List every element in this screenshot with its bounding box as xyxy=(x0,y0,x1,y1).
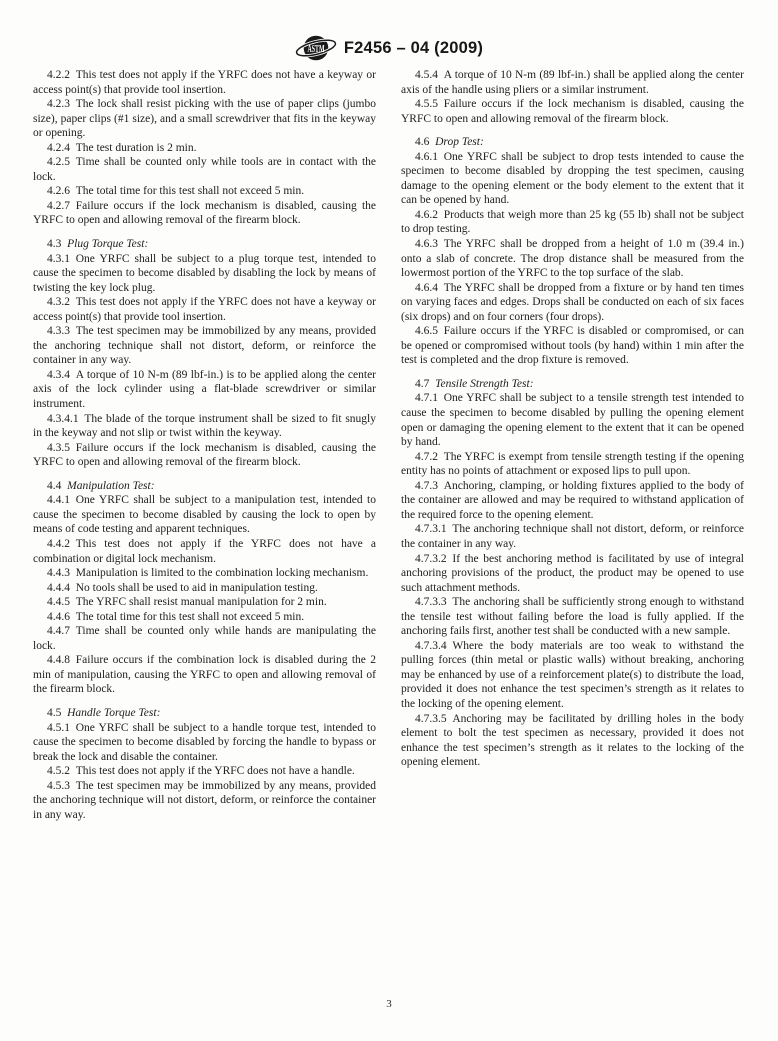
paragraph-text: The total time for this test shall not e… xyxy=(76,611,304,623)
paragraph-text: Time shall be counted only while tools a… xyxy=(33,156,376,183)
paragraph-text: Where the body materials are too weak to… xyxy=(401,640,744,710)
paragraph-text: The test specimen may be immobilized by … xyxy=(33,780,376,821)
section-number: 4.6.2 xyxy=(415,209,438,221)
paragraph-text: The YRFC shall be dropped from a height … xyxy=(401,238,744,279)
document-page: ASTM F2456 – 04 (2009) 4.2.2 This test d… xyxy=(0,0,778,1041)
paragraph: 4.4.7 Time shall be counted only while h… xyxy=(33,624,376,653)
paragraph: 4.3.3 The test specimen may be immobiliz… xyxy=(33,324,376,368)
column-left: 4.2.2 This test does not apply if the YR… xyxy=(33,68,376,822)
paragraph-text: No tools shall be used to aid in manipul… xyxy=(76,582,318,594)
paragraph: 4.2.2 This test does not apply if the YR… xyxy=(33,68,376,97)
paragraph: 4.7.3.5 Anchoring may be facilitated by … xyxy=(401,712,744,770)
section-number: 4.5.5 xyxy=(415,98,438,110)
section-number: 4.4.7 xyxy=(47,625,70,637)
paragraph: 4.4.4 No tools shall be used to aid in m… xyxy=(33,581,376,596)
paragraph-text: Failure occurs if the lock mechanism is … xyxy=(33,200,376,227)
paragraph-text: Anchoring may be facilitated by drilling… xyxy=(401,713,744,769)
paragraph-text: The lock shall resist picking with the u… xyxy=(33,98,376,139)
section-number: 4.3.4 xyxy=(47,369,70,381)
section-number: 4.6 xyxy=(415,136,429,148)
astm-logo-text: ASTM xyxy=(307,44,324,55)
paragraph-text: If the best anchoring method is facilita… xyxy=(401,553,744,594)
section-number: 4.2.2 xyxy=(47,69,70,81)
section-number: 4.3 xyxy=(47,238,61,250)
section-heading: 4.4 Manipulation Test: xyxy=(33,479,376,494)
paragraph-text: One YRFC shall be subject to a manipulat… xyxy=(33,494,376,535)
paragraph-text: One YRFC shall be subject to drop tests … xyxy=(401,151,744,207)
paragraph: 4.2.6 The total time for this test shall… xyxy=(33,184,376,199)
section-number: 4.4.3 xyxy=(47,567,70,579)
paragraph: 4.6.3 The YRFC shall be dropped from a h… xyxy=(401,237,744,281)
section-number: 4.7.3.5 xyxy=(415,713,447,725)
paragraph-text: The anchoring shall be sufficiently stro… xyxy=(401,596,744,637)
paragraph: 4.3.1 One YRFC shall be subject to a plu… xyxy=(33,252,376,296)
section-number: 4.4.8 xyxy=(47,654,70,666)
paragraph-text: Products that weigh more than 25 kg (55 … xyxy=(401,209,744,236)
paragraph: 4.4.2 This test does not apply if the YR… xyxy=(33,537,376,566)
paragraph-text: The test specimen may be immobilized by … xyxy=(33,325,376,366)
section-number: 4.4 xyxy=(47,480,61,492)
paragraph-text: The YRFC shall resist manual manipulatio… xyxy=(76,596,327,608)
paragraph: 4.4.3 Manipulation is limited to the com… xyxy=(33,566,376,581)
paragraph-text: One YRFC shall be subject to a handle to… xyxy=(33,722,376,763)
section-number: 4.7.3.2 xyxy=(415,553,447,565)
paragraph: 4.6.5 Failure occurs if the YRFC is disa… xyxy=(401,324,744,368)
standard-designation: F2456 – 04 (2009) xyxy=(344,39,483,58)
section-number: 4.6.4 xyxy=(415,282,438,294)
section-number: 4.7.3.4 xyxy=(415,640,447,652)
section-number: 4.7.3.3 xyxy=(415,596,447,608)
paragraph-text: One YRFC shall be subject to a tensile s… xyxy=(401,392,744,448)
paragraph: 4.7.3.4 Where the body materials are too… xyxy=(401,639,744,712)
section-title: Manipulation Test: xyxy=(67,480,154,492)
section-number: 4.5.1 xyxy=(47,722,70,734)
paragraph-text: Failure occurs if the YRFC is disabled o… xyxy=(401,325,744,366)
astm-logo-icon: ASTM xyxy=(295,33,337,63)
paragraph: 4.5.3 The test specimen may be immobiliz… xyxy=(33,779,376,823)
section-heading: 4.3 Plug Torque Test: xyxy=(33,237,376,252)
section-number: 4.2.6 xyxy=(47,185,70,197)
section-number: 4.7.3.1 xyxy=(415,523,447,535)
paragraph: 4.4.1 One YRFC shall be subject to a man… xyxy=(33,493,376,537)
paragraph-text: This test does not apply if the YRFC doe… xyxy=(33,69,376,96)
paragraph-text: This test does not apply if the YRFC doe… xyxy=(33,538,376,565)
section-number: 4.5.3 xyxy=(47,780,70,792)
paragraph: 4.2.7 Failure occurs if the lock mechani… xyxy=(33,199,376,228)
section-number: 4.2.4 xyxy=(47,142,70,154)
section-heading: 4.6 Drop Test: xyxy=(401,135,744,150)
section-number: 4.5.2 xyxy=(47,765,70,777)
paragraph-text: One YRFC shall be subject to a plug torq… xyxy=(33,253,376,294)
section-number: 4.2.5 xyxy=(47,156,70,168)
paragraph: 4.7.3.2 If the best anchoring method is … xyxy=(401,552,744,596)
section-number: 4.4.6 xyxy=(47,611,70,623)
section-number: 4.7.1 xyxy=(415,392,438,404)
page-number: 3 xyxy=(0,998,778,1010)
paragraph: 4.2.5 Time shall be counted only while t… xyxy=(33,155,376,184)
paragraph-text: The YRFC is exempt from tensile strength… xyxy=(401,451,744,478)
paragraph-text: A torque of 10 N-m (89 lbf-in.) is to be… xyxy=(33,369,376,410)
section-number: 4.2.7 xyxy=(47,200,70,212)
paragraph-text: Time shall be counted only while hands a… xyxy=(33,625,376,652)
section-title: Tensile Strength Test: xyxy=(435,378,533,390)
paragraph: 4.6.4 The YRFC shall be dropped from a f… xyxy=(401,281,744,325)
paragraph: 4.5.4 A torque of 10 N-m (89 lbf-in.) sh… xyxy=(401,68,744,97)
section-number: 4.3.5 xyxy=(47,442,70,454)
paragraph: 4.5.1 One YRFC shall be subject to a han… xyxy=(33,721,376,765)
document-header: ASTM F2456 – 04 (2009) xyxy=(0,33,778,63)
section-number: 4.2.3 xyxy=(47,98,70,110)
paragraph: 4.7.2 The YRFC is exempt from tensile st… xyxy=(401,450,744,479)
section-heading: 4.7 Tensile Strength Test: xyxy=(401,377,744,392)
paragraph: 4.3.5 Failure occurs if the lock mechani… xyxy=(33,441,376,470)
paragraph: 4.2.3 The lock shall resist picking with… xyxy=(33,97,376,141)
section-number: 4.3.2 xyxy=(47,296,70,308)
paragraph: 4.7.1 One YRFC shall be subject to a ten… xyxy=(401,391,744,449)
paragraph-text: A torque of 10 N-m (89 lbf-in.) shall be… xyxy=(401,69,744,96)
paragraph-text: The anchoring technique shall not distor… xyxy=(401,523,744,550)
paragraph-text: The YRFC shall be dropped from a fixture… xyxy=(401,282,744,323)
section-number: 4.4.4 xyxy=(47,582,70,594)
paragraph: 4.4.5 The YRFC shall resist manual manip… xyxy=(33,595,376,610)
paragraph-text: This test does not apply if the YRFC doe… xyxy=(33,296,376,323)
section-title: Drop Test: xyxy=(435,136,484,148)
section-number: 4.4.5 xyxy=(47,596,70,608)
paragraph: 4.7.3 Anchoring, clamping, or holding fi… xyxy=(401,479,744,523)
column-right: 4.5.4 A torque of 10 N-m (89 lbf-in.) sh… xyxy=(401,68,744,822)
section-number: 4.5 xyxy=(47,707,61,719)
paragraph: 4.6.2 Products that weigh more than 25 k… xyxy=(401,208,744,237)
section-number: 4.7 xyxy=(415,378,429,390)
paragraph: 4.6.1 One YRFC shall be subject to drop … xyxy=(401,150,744,208)
paragraph: 4.4.8 Failure occurs if the combination … xyxy=(33,653,376,697)
paragraph: 4.4.6 The total time for this test shall… xyxy=(33,610,376,625)
paragraph-text: Manipulation is limited to the combinati… xyxy=(76,567,369,579)
section-number: 4.3.3 xyxy=(47,325,70,337)
section-title: Handle Torque Test: xyxy=(67,707,160,719)
paragraph: 4.2.4 The test duration is 2 min. xyxy=(33,141,376,156)
section-number: 4.3.4.1 xyxy=(47,413,79,425)
paragraph-text: Failure occurs if the combination lock i… xyxy=(33,654,376,695)
section-number: 4.7.3 xyxy=(415,480,438,492)
section-number: 4.7.2 xyxy=(415,451,438,463)
paragraph: 4.5.5 Failure occurs if the lock mechani… xyxy=(401,97,744,126)
paragraph: 4.5.2 This test does not apply if the YR… xyxy=(33,764,376,779)
section-number: 4.6.3 xyxy=(415,238,438,250)
section-number: 4.5.4 xyxy=(415,69,438,81)
section-number: 4.4.2 xyxy=(47,538,70,550)
section-number: 4.6.1 xyxy=(415,151,438,163)
paragraph-text: Failure occurs if the lock mechanism is … xyxy=(401,98,744,125)
paragraph-text: Anchoring, clamping, or holding fixtures… xyxy=(401,480,744,521)
paragraph-text: The blade of the torque instrument shall… xyxy=(33,413,376,440)
paragraph: 4.7.3.3 The anchoring shall be sufficien… xyxy=(401,595,744,639)
section-title: Plug Torque Test: xyxy=(67,238,148,250)
paragraph-text: The test duration is 2 min. xyxy=(76,142,197,154)
paragraph: 4.3.2 This test does not apply if the YR… xyxy=(33,295,376,324)
section-number: 4.3.1 xyxy=(47,253,70,265)
section-number: 4.6.5 xyxy=(415,325,438,337)
paragraph: 4.7.3.1 The anchoring technique shall no… xyxy=(401,522,744,551)
section-number: 4.4.1 xyxy=(47,494,70,506)
paragraph-text: Failure occurs if the lock mechanism is … xyxy=(33,442,376,469)
two-column-body: 4.2.2 This test does not apply if the YR… xyxy=(33,68,745,822)
paragraph: 4.3.4 A torque of 10 N-m (89 lbf-in.) is… xyxy=(33,368,376,412)
paragraph-text: The total time for this test shall not e… xyxy=(76,185,304,197)
paragraph: 4.3.4.1 The blade of the torque instrume… xyxy=(33,412,376,441)
paragraph-text: This test does not apply if the YRFC doe… xyxy=(76,765,355,777)
section-heading: 4.5 Handle Torque Test: xyxy=(33,706,376,721)
